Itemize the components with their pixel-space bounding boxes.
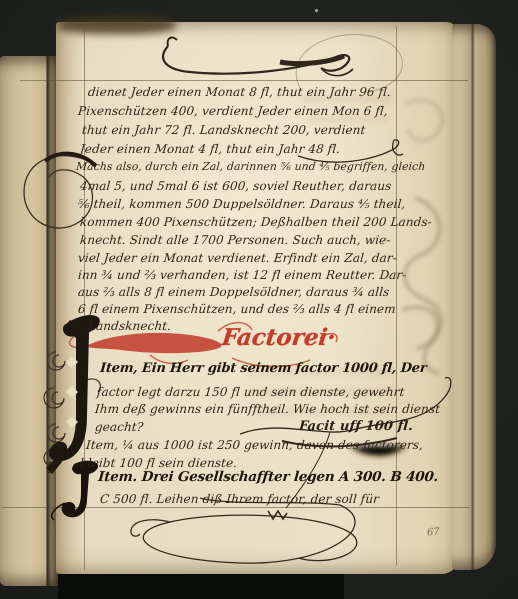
left-page-stack-edge	[0, 56, 58, 586]
right-fore-edge-stack	[452, 24, 496, 570]
manuscript-line: ⅚ theil, kommen 500 Duppelsöldner. Darau…	[77, 198, 405, 210]
manuscript-line: Ihm deß gewinns ein fünfftheil. Wie hoch…	[94, 403, 440, 415]
manuscript-line: Pixenschützen 400, verdient Jeder einen …	[77, 105, 388, 117]
manuscript-line: thut ein Jahr 72 fl. Landsknecht 200, ve…	[81, 124, 365, 136]
rubric-heading: Factorei·	[221, 326, 337, 349]
manuscript-line: Landsknecht.	[87, 320, 171, 332]
manuscript-line: Item. Drei Gesellschaffter legen A 300. …	[97, 471, 438, 485]
manuscript-line: 6 fl einem Pixenschützen, und des ⅔ alls…	[77, 303, 396, 315]
manuscript-line: geacht?	[94, 421, 143, 433]
margin-problem-number: 5	[46, 459, 56, 477]
facit-answer: Facit uff 100 fl.	[298, 420, 413, 433]
manuscript-line: aus ⅔ alls 8 fl einem Doppelsöldner, dar…	[77, 286, 389, 298]
manuscript-line: C 500 fl. Leihen diß Ihrem factor, der s…	[99, 493, 379, 505]
manuscript-line: viel Jeder ein Monat verdienet. Erfindt …	[77, 252, 397, 264]
bottom-shadow	[58, 574, 344, 599]
manuscript-line: inn ¾ und ⅔ verhanden, ist 12 fl einem R…	[77, 269, 407, 281]
manuscript-line: kommen 400 Pixenschützen; Deßhalben thei…	[79, 216, 432, 228]
manuscript-line: dienet Jeder einen Monat 8 fl, thut ein …	[87, 86, 391, 98]
manuscript-line: Item, ¼ aus 1000 ist 250 gewinn, davon d…	[85, 439, 423, 451]
folio-number: 67	[427, 527, 440, 539]
manuscript-line: 4mal 5, und 5mal 6 ist 600, soviel Reuth…	[79, 180, 391, 192]
manuscript-line: Jeder einen Monat 4 fl, thut ein Jahr 48…	[79, 143, 340, 155]
dust-speck	[315, 9, 318, 12]
photo-of-manuscript: { "document": { "heading": "Factorei\u00…	[0, 0, 518, 599]
top-binding-shadow	[58, 16, 176, 34]
manuscript-line: knecht. Sindt alle 1700 Personen. Such a…	[79, 234, 391, 246]
manuscript-line: factor legt darzu 150 fl und sein dienst…	[96, 386, 405, 398]
manuscript-line: Item, Ein Herr gibt seinem factor 1000 f…	[99, 362, 427, 375]
manuscript-line: Machs also, durch ein Zal, darinnen ⅚ un…	[76, 162, 426, 173]
manuscript-line: bleibt 100 fl sein dienste.	[79, 457, 237, 469]
